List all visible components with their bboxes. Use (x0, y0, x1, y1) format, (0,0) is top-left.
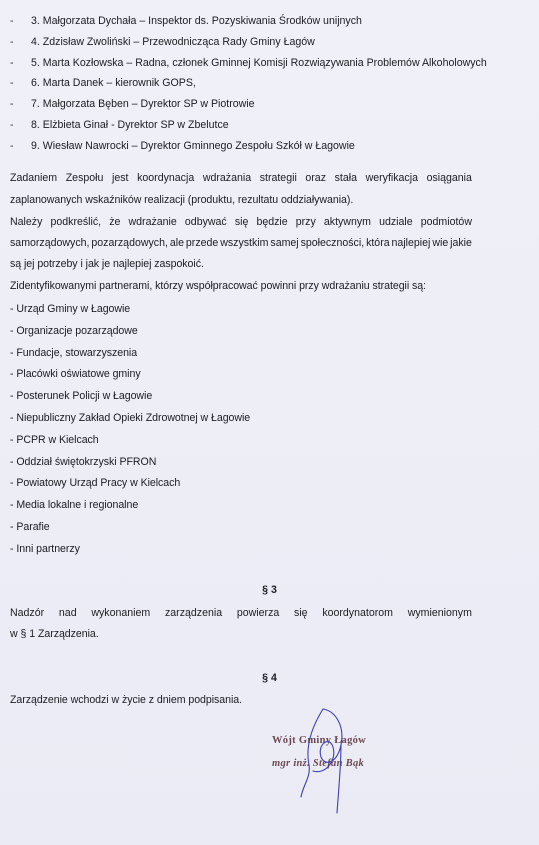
partner-item: - Fundacje, stowarzyszenia (10, 347, 137, 359)
list-bullet: - (10, 77, 14, 89)
word: stała (335, 172, 357, 184)
word: społeczności, (301, 237, 365, 249)
word: się (235, 216, 249, 228)
emphasis-paragraph-line3: są jej potrzeby i jak je najlepiej zaspo… (10, 258, 204, 270)
section-3-text-line2: w § 1 Zarządzenia. (10, 628, 99, 640)
list-bullet: - (10, 15, 14, 27)
team-member-item: 6. Marta Danek – kierownik GOPS, (31, 77, 196, 89)
team-member-item: 3. Małgorzata Dychała – Inspektor ds. Po… (31, 15, 362, 27)
team-member-item: 4. Zdzisław Zwoliński – Przewodnicząca R… (31, 36, 315, 48)
list-bullet: - (10, 57, 14, 69)
word: strategii (260, 172, 297, 184)
word: aktywnym (324, 216, 371, 228)
partner-item: - Parafie (10, 521, 50, 533)
word: że (109, 216, 120, 228)
word: wykonaniem (91, 607, 150, 619)
word: Zadaniem (10, 172, 57, 184)
word: najlepiej (392, 237, 431, 249)
section-4-text: Zarządzenie wchodzi w życie z dniem podp… (10, 694, 242, 706)
list-bullet: - (10, 140, 14, 152)
list-bullet: - (10, 36, 14, 48)
document-page: -3. Małgorzata Dychała – Inspektor ds. P… (0, 0, 539, 845)
section-4-heading: § 4 (0, 672, 539, 684)
word: samorządowych, (10, 237, 89, 249)
team-member-item: 5. Marta Kozłowska – Radna, członek Gmin… (31, 57, 487, 69)
section-3-text-line1: Nadzórnadwykonaniemzarządzeniapowierzasi… (10, 607, 472, 619)
word: osiągania (427, 172, 472, 184)
team-member-item: 8. Elżbieta Ginał - Dyrektor SP w Zbelut… (31, 119, 229, 131)
word: Nadzór (10, 607, 44, 619)
word: wdrażania (203, 172, 251, 184)
word: koordynacja (137, 172, 194, 184)
word: ale (170, 237, 184, 249)
word: wymienionym (408, 607, 472, 619)
word: weryfikacja (366, 172, 418, 184)
word: koordynatorom (322, 607, 393, 619)
partner-item: - Oddział świętokrzyski PFRON (10, 456, 156, 468)
partner-item: - Organizacje pozarządowe (10, 325, 138, 337)
word: która (366, 237, 390, 249)
word: Zespołu (66, 172, 104, 184)
partner-item: - Placówki oświatowe gminy (10, 368, 141, 380)
word: jakie (450, 237, 472, 249)
word: powierza (237, 607, 279, 619)
word: Należy (10, 216, 42, 228)
task-paragraph-line2: zaplanowanych wskaźników realizacji (pro… (10, 194, 353, 206)
word: odbywać (185, 216, 227, 228)
emphasis-paragraph-line1: Należypodkreślić,żewdrażanieodbywaćsiębę… (10, 216, 472, 228)
partner-item: - Inni partnerzy (10, 543, 80, 555)
task-paragraph-line1: ZadaniemZespołujestkoordynacjawdrażanias… (10, 172, 472, 184)
team-member-item: 7. Małgorzata Bęben – Dyrektor SP w Piot… (31, 98, 255, 110)
word: podkreślić, (50, 216, 101, 228)
word: przede (186, 237, 218, 249)
team-member-item: 9. Wiesław Nawrocki – Dyrektor Gminnego … (31, 140, 355, 152)
partners-intro: Zidentyfikowanymi partnerami, którzy wsp… (10, 280, 426, 292)
handwritten-signature-icon (295, 705, 355, 815)
list-bullet: - (10, 119, 14, 131)
partner-item: - Niepubliczny Zakład Opieki Zdrowotnej … (10, 412, 250, 424)
word: podmiotów (421, 216, 472, 228)
word: udziale (379, 216, 413, 228)
word: będzie (256, 216, 287, 228)
word: nad (59, 607, 77, 619)
partner-item: - Urząd Gminy w Łagowie (10, 303, 130, 315)
word: wdrażanie (129, 216, 177, 228)
partner-item: - Posterunek Policji w Łagowie (10, 390, 152, 402)
emphasis-paragraph-line2: samorządowych,pozarządowych,aleprzedewsz… (10, 237, 472, 249)
partner-item: - Media lokalne i regionalne (10, 499, 138, 511)
word: się (294, 607, 308, 619)
word: samej (270, 237, 298, 249)
word: zarządzenia (165, 607, 222, 619)
word: wie (432, 237, 448, 249)
partner-item: - Powiatowy Urząd Pracy w Kielcach (10, 477, 180, 489)
word: przy (296, 216, 316, 228)
word: oraz (305, 172, 326, 184)
word: jest (112, 172, 129, 184)
list-bullet: - (10, 98, 14, 110)
word: wszystkim (220, 237, 268, 249)
partner-item: - PCPR w Kielcach (10, 434, 99, 446)
section-3-heading: § 3 (0, 584, 539, 596)
word: pozarządowych, (91, 237, 168, 249)
